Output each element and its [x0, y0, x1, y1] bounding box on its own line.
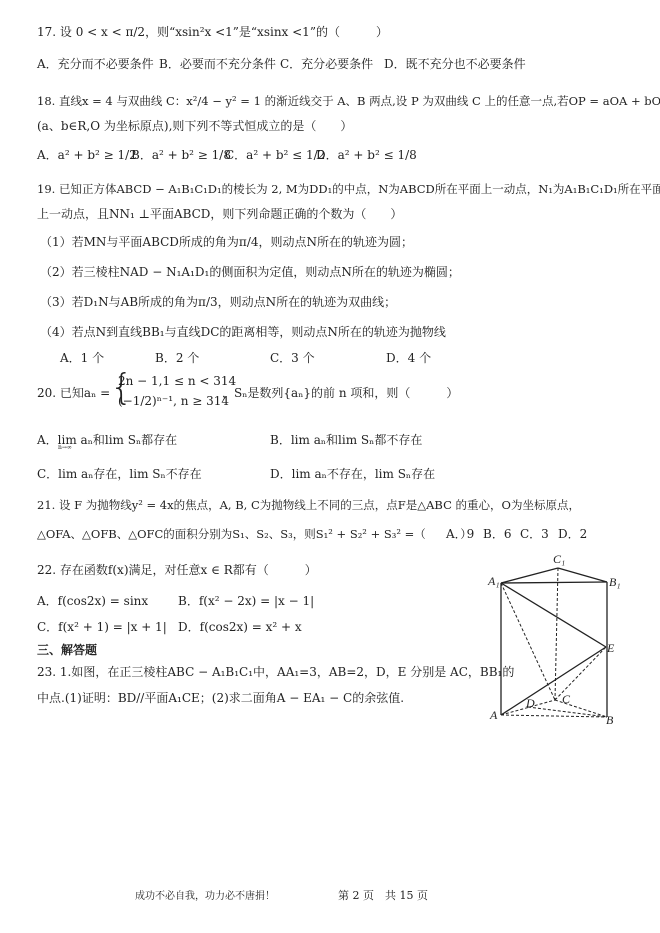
q17-number: 17.	[37, 25, 56, 39]
q17-option-a: A．充分而不必要条件	[37, 56, 154, 72]
q20-lim-sub: n→∞	[58, 445, 72, 451]
q19-line2: 上一动点，且NN₁ ⊥平面ABCD，则下列命题正确的个数为（ ）	[37, 206, 402, 222]
q23-line1: 23. 1.如图，在正三棱柱ABC − A₁B₁C₁中，AA₁=3，AB=2，D…	[37, 664, 514, 680]
label-c1: C₁	[553, 552, 565, 566]
label-e: E	[606, 641, 615, 655]
q18-option-d: D．a² + b² ≤ 1/8	[316, 147, 417, 163]
q22-option-c: C．f(x² + 1) = |x + 1|	[37, 619, 167, 635]
label-d: D	[525, 696, 535, 710]
q18-number: 18.	[37, 94, 55, 108]
q19-line1: 19. 已知正方体ABCD − A₁B₁C₁D₁的棱长为 2, M为DD₁的中点…	[37, 181, 660, 197]
q19-option-d: D．4 个	[386, 350, 431, 366]
q22-number: 22.	[37, 563, 56, 577]
q21-number: 21.	[37, 498, 55, 512]
q19-item-2: （2）若三棱柱NAD − N₁A₁D₁的侧面积为定值，则动点N所在的轨迹为椭圆；	[40, 264, 460, 280]
q18-line1: 18. 直线x = 4 与双曲线 C：x²/4 − y² = 1 的渐近线交于 …	[37, 93, 660, 109]
q20-case-1: 2n − 1,1 ≤ n < 314	[118, 374, 236, 388]
q20-option-b: B．lim aₙ和lim Sₙ都不存在	[270, 432, 422, 448]
label-b1: B₁	[609, 575, 621, 589]
q19-option-b: B．2 个	[155, 350, 199, 366]
q19-item-3: （3）若D₁N与AB所成的角为π/3，则动点N所在的轨迹为双曲线；	[40, 294, 396, 310]
q19-option-c: C．3 个	[270, 350, 315, 366]
q19-number: 19.	[37, 182, 55, 196]
q21-option-b: B．6	[483, 526, 511, 542]
q20-option-d: D．lim aₙ不存在，lim Sₙ存在	[270, 466, 435, 482]
label-a: A	[489, 708, 498, 722]
q20-piecewise: { 2n − 1,1 ≤ n < 314 (−1/2)ⁿ⁻¹, n ≥ 314	[110, 374, 220, 414]
q22-text: 存在函数f(x)满足，对任意x ∈ R都有（ ）	[60, 563, 317, 577]
section-heading: 三、解答题	[37, 642, 97, 658]
q19-text: 已知正方体ABCD − A₁B₁C₁D₁的棱长为 2, M为DD₁的中点，N为A…	[59, 182, 660, 196]
q17-text: 设 0 < x < π/2，	[60, 25, 157, 39]
q20-stem: 20. 已知aₙ =	[37, 385, 110, 401]
q21-line1: 21. 设 F 为抛物线y² = 4x的焦点，A, B, C为抛物线上不同的三点…	[37, 497, 580, 513]
footer-page: 第 2 页 共 15 页	[338, 887, 428, 903]
q21-option-d: D．2	[558, 526, 587, 542]
q17-stem: 17. 设 0 < x < π/2，则“xsin²x <1”是“xsinx <1…	[37, 24, 388, 40]
q22-option-b: B．f(x² − 2x) = |x − 1|	[178, 593, 314, 609]
q23-text: 1.如图，在正三棱柱ABC − A₁B₁C₁中，AA₁=3，AB=2，D，E 分…	[60, 665, 514, 679]
q20-case-2: (−1/2)ⁿ⁻¹, n ≥ 314	[118, 394, 229, 408]
q21-option-c: C．3	[520, 526, 549, 542]
footer-motto: 成功不必自我，功力必不唐捐！	[135, 887, 275, 902]
q21-text: 设 F 为抛物线y² = 4x的焦点，A, B, C为抛物线上不同的三点，点F是…	[59, 498, 580, 512]
label-c: C	[562, 692, 571, 706]
q18-option-a: A．a² + b² ≥ 1/2	[37, 147, 137, 163]
q18-line2: (a、b∈R,O 为坐标原点),则下列不等式恒成立的是（ ）	[37, 118, 352, 134]
label-b: B	[606, 713, 614, 727]
q19-item-1: （1）若MN与平面ABCD所成的角为π/4，则动点N所在的轨迹为圆；	[40, 234, 413, 250]
q17-option-c: C．充分必要条件	[280, 56, 373, 72]
q18-option-b: B．a² + b² ≥ 1/8	[131, 147, 231, 163]
q17-option-b: B．必要而不充分条件	[159, 56, 276, 72]
q19-option-a: A．1 个	[60, 350, 104, 366]
q20-prefix: 已知aₙ =	[60, 386, 110, 400]
q23-number: 23.	[37, 665, 56, 679]
q21-option-a: A．9	[446, 526, 474, 542]
q20-number: 20.	[37, 386, 56, 400]
q20-suffix: ，Sₙ是数列{aₙ}的前 n 项和，则（ ）	[222, 385, 458, 401]
q19-item-4: （4）若点N到直线BB₁与直线DC的距离相等，则动点N所在的轨迹为抛物线	[40, 324, 446, 340]
q22-option-a: A．f(cos2x) = sinx	[37, 593, 148, 609]
q18-option-c: C．a² + b² ≤ 1/2	[225, 147, 325, 163]
q17-text-2: 则“xsin²x <1”是“xsinx <1”的（ ）	[157, 25, 388, 39]
q22-stem: 22. 存在函数f(x)满足，对任意x ∈ R都有（ ）	[37, 562, 317, 578]
q17-option-d: D．既不充分也不必要条件	[384, 56, 526, 72]
prism-figure: A₁ C₁ B₁ E A D C B	[470, 545, 640, 730]
q20-option-c: C．lim aₙ存在，lim Sₙ不存在	[37, 466, 202, 482]
label-a1: A₁	[487, 574, 500, 588]
q23-line2: 中点.(1)证明：BD//平面A₁CE；(2)求二面角A − EA₁ − C的余…	[37, 690, 404, 706]
q22-option-d: D．f(cos2x) = x² + x	[178, 619, 302, 635]
q21-line2: △OFA、△OFB、△OFC的面积分别为S₁、S₂、S₃，则S₁² + S₂² …	[37, 526, 472, 542]
q18-text: 直线x = 4 与双曲线 C：x²/4 − y² = 1 的渐近线交于 A、B …	[59, 94, 660, 108]
